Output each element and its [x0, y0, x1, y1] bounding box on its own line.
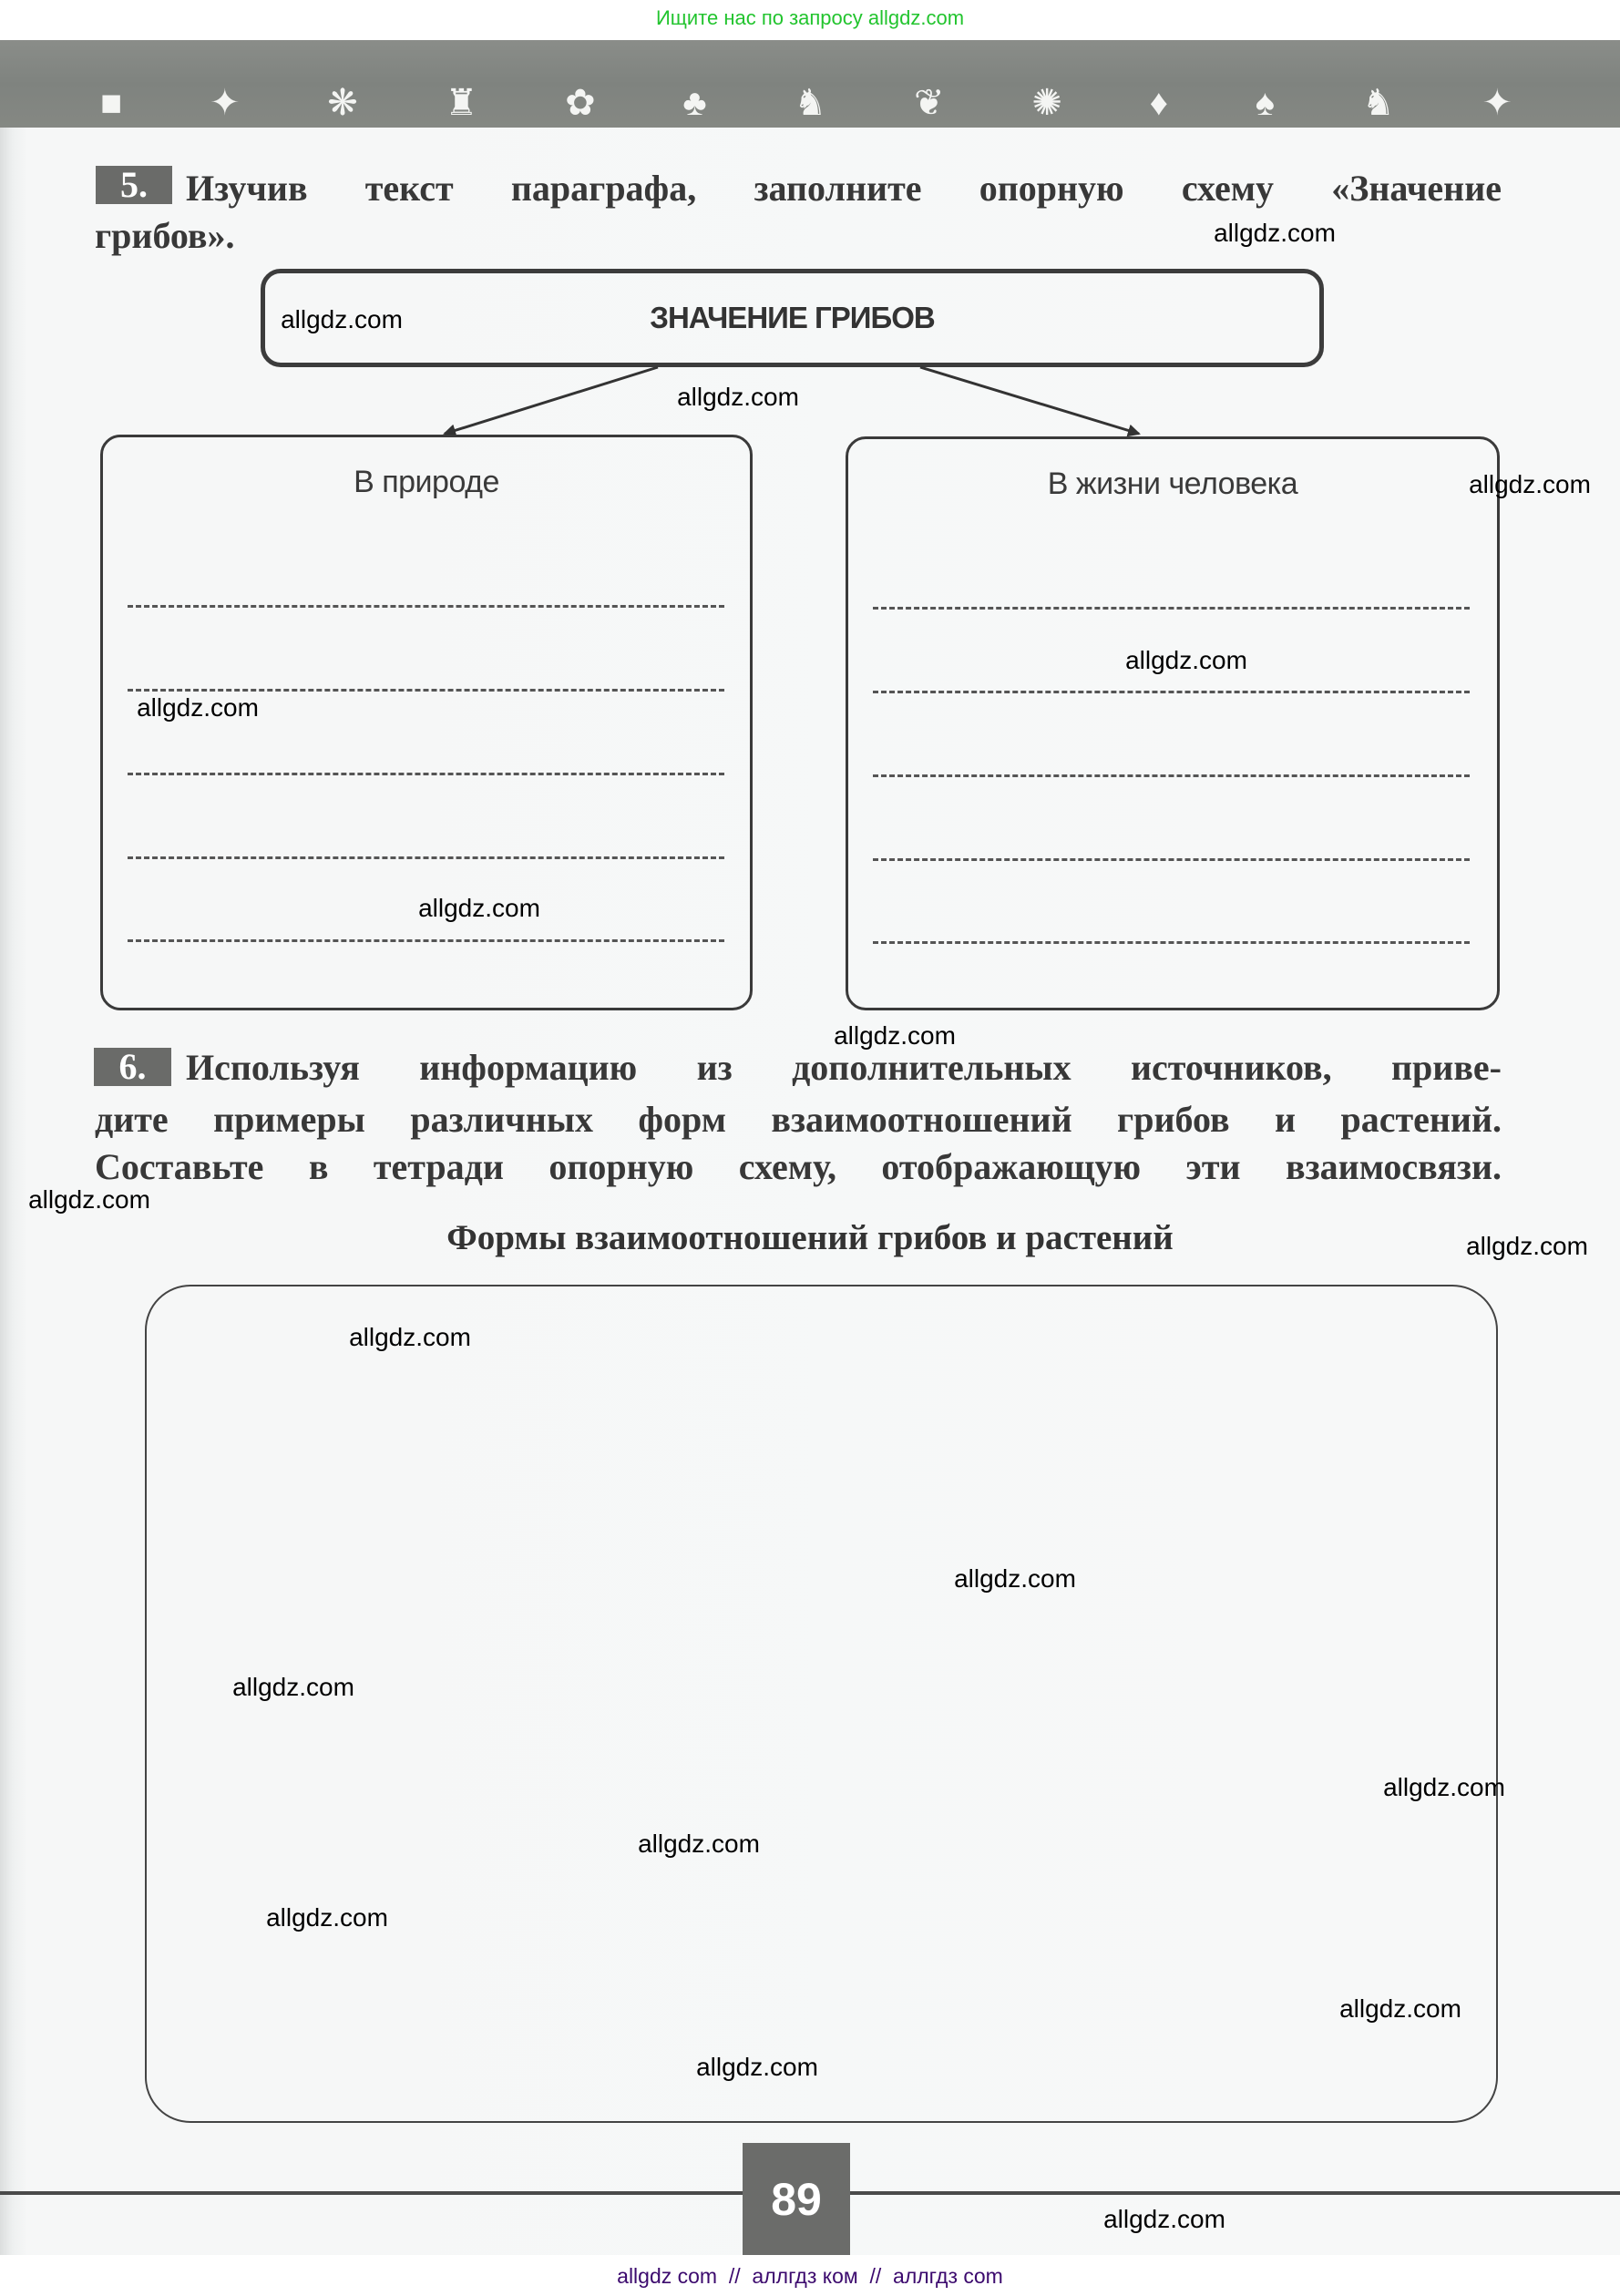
watermark: allgdz.com [418, 894, 540, 923]
answer-line[interactable] [128, 856, 724, 859]
watermark: allgdz.com [638, 1830, 760, 1859]
task-number-badge: 6. [94, 1048, 171, 1086]
column-title-nature: В природе [103, 465, 750, 500]
watermark: allgdz.com [1339, 1994, 1461, 2024]
scheme-column-nature: В природе [100, 435, 753, 1010]
watermark: allgdz.com [28, 1185, 150, 1215]
answer-line[interactable] [873, 691, 1470, 693]
watermark: allgdz.com [1466, 1232, 1588, 1261]
answer-line[interactable] [873, 941, 1470, 944]
watermark: allgdz.com [1383, 1773, 1505, 1802]
answer-line[interactable] [873, 607, 1470, 610]
watermark: allgdz.com [834, 1021, 956, 1051]
task6-text-line1: Используя информацию из дополнительных и… [186, 1043, 1502, 1092]
watermark: allgdz.com [696, 2053, 818, 2082]
task6-text-line3: Составьте в тетради опорную схему, отобр… [95, 1143, 1502, 1192]
answer-line[interactable] [873, 774, 1470, 777]
page-number: 89 [743, 2143, 850, 2255]
watermark: allgdz.com [349, 1323, 471, 1352]
answer-line[interactable] [128, 605, 724, 608]
watermark: allgdz.com [1469, 470, 1591, 499]
answer-line[interactable] [873, 858, 1470, 861]
scheme-column-human-life: В жизни человека [846, 436, 1500, 1010]
watermark: allgdz.com [677, 383, 799, 412]
column-title-human-life: В жизни человека [848, 466, 1497, 502]
watermark: allgdz.com [954, 1564, 1076, 1594]
watermark: allgdz.com [1125, 646, 1247, 675]
watermark: allgdz.com [137, 693, 259, 723]
arrow-to-human-life [920, 367, 1139, 434]
watermark: allgdz.com [281, 305, 403, 334]
watermark: allgdz.com [1103, 2205, 1225, 2234]
relations-heading: Формы взаимоотношений грибов и растений [0, 1217, 1620, 1258]
arrow-to-nature [445, 367, 658, 434]
relations-scheme-box[interactable] [145, 1285, 1498, 2123]
answer-line[interactable] [128, 939, 724, 942]
answer-line[interactable] [128, 773, 724, 775]
watermark: allgdz.com [266, 1903, 388, 1932]
watermark: allgdz.com [1214, 219, 1336, 248]
footer-links: allgdz com // аллгдз ком // аллгдз com [0, 2255, 1620, 2296]
task6-text-line2: дите примеры различных форм взаимоотноше… [95, 1095, 1502, 1144]
watermark: allgdz.com [232, 1673, 354, 1702]
answer-line[interactable] [128, 689, 724, 692]
